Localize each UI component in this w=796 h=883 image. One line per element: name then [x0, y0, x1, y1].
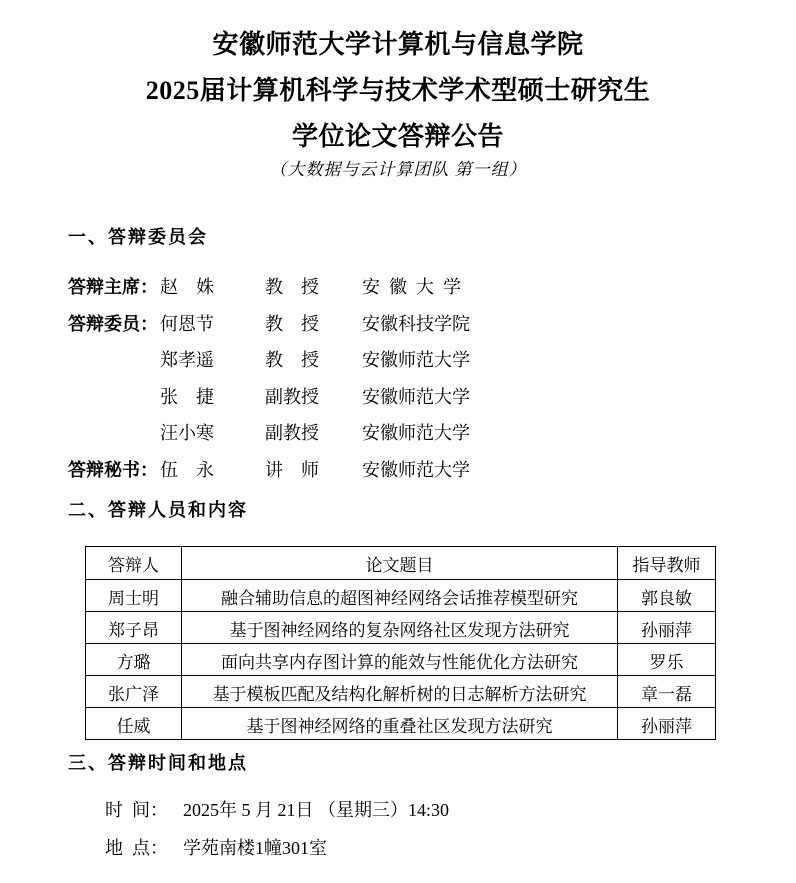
committee-member-name: 汪小寒 [160, 415, 265, 452]
team-group-subtitle: （大数据与云计算团队 第一组） [0, 160, 796, 180]
time-value: 2025年 5 月 21日 （星期三）14:30 [183, 800, 449, 820]
advisor-cell: 罗乐 [618, 644, 716, 676]
thesis-cell: 面向共享内存图计算的能效与性能优化方法研究 [182, 644, 618, 676]
defender-cell: 周士明 [86, 580, 182, 612]
committee-member-org: 安徽师范大学 [362, 342, 470, 379]
committee-member-name: 伍 永 [160, 452, 265, 489]
committee-row: 郑孝遥 教 授 安徽师范大学 [68, 342, 796, 379]
committee-role-label: 答辩委员： [68, 306, 160, 343]
thesis-cell: 基于图神经网络的复杂网络社区发现方法研究 [182, 612, 618, 644]
defense-time-line: 时 间：2025年 5 月 21日 （星期三）14:30 [105, 798, 796, 822]
committee-member-org: 安徽师范大学 [362, 415, 470, 452]
defense-table: 答辩人 论文题目 指导教师 周士明 融合辅助信息的超图神经网络会话推荐模型研究 … [85, 546, 716, 740]
thesis-cell: 基于图神经网络的重叠社区发现方法研究 [182, 708, 618, 740]
col-header-thesis: 论文题目 [182, 547, 618, 580]
committee-role-label: 答辩主席： [68, 269, 160, 306]
committee-list: 答辩主席： 赵 姝 教 授 安 徽 大 学 答辩委员： 何恩节 教 授 安徽科技… [68, 269, 796, 488]
advisor-cell: 孙丽萍 [618, 708, 716, 740]
committee-member-title: 副教授 [265, 415, 362, 452]
thesis-cell: 基于模板匹配及结构化解析树的日志解析方法研究 [182, 676, 618, 708]
announcement-document: 安徽师范大学计算机与信息学院 2025届计算机科学与技术学术型硕士研究生 学位论… [0, 0, 796, 883]
committee-role-label [68, 415, 160, 452]
advisor-cell: 孙丽萍 [618, 612, 716, 644]
defense-table-header: 答辩人 论文题目 指导教师 [86, 547, 716, 580]
thesis-cell: 融合辅助信息的超图神经网络会话推荐模型研究 [182, 580, 618, 612]
defender-cell: 方璐 [86, 644, 182, 676]
committee-row: 答辩秘书： 伍 永 讲 师 安徽师范大学 [68, 452, 796, 489]
committee-member-name: 赵 姝 [160, 269, 265, 306]
advisor-cell: 章一磊 [618, 676, 716, 708]
defender-cell: 任威 [86, 708, 182, 740]
title-line-3: 学位论文答辩公告 [0, 114, 796, 160]
defense-table-body: 周士明 融合辅助信息的超图神经网络会话推荐模型研究 郭良敏 郑子昂 基于图神经网… [86, 580, 716, 740]
title-line-1: 安徽师范大学计算机与信息学院 [0, 22, 796, 68]
committee-row: 答辩主席： 赵 姝 教 授 安 徽 大 学 [68, 269, 796, 306]
committee-member-org: 安徽师范大学 [362, 452, 470, 489]
committee-member-name: 张 捷 [160, 379, 265, 416]
header-row: 答辩人 论文题目 指导教师 [86, 547, 716, 580]
committee-member-name: 郑孝遥 [160, 342, 265, 379]
defender-cell: 张广泽 [86, 676, 182, 708]
title-line-2: 2025届计算机科学与技术学术型硕士研究生 [0, 68, 796, 114]
committee-member-title: 教 授 [265, 306, 362, 343]
committee-member-org: 安 徽 大 学 [362, 269, 461, 306]
committee-member-name: 何恩节 [160, 306, 265, 343]
table-row: 郑子昂 基于图神经网络的复杂网络社区发现方法研究 孙丽萍 [86, 612, 716, 644]
table-row: 任威 基于图神经网络的重叠社区发现方法研究 孙丽萍 [86, 708, 716, 740]
committee-row: 汪小寒 副教授 安徽师范大学 [68, 415, 796, 452]
committee-row: 答辩委员： 何恩节 教 授 安徽科技学院 [68, 306, 796, 343]
table-row: 周士明 融合辅助信息的超图神经网络会话推荐模型研究 郭良敏 [86, 580, 716, 612]
committee-member-title: 教 授 [265, 269, 362, 306]
col-header-defender: 答辩人 [86, 547, 182, 580]
col-header-advisor: 指导教师 [618, 547, 716, 580]
committee-row: 张 捷 副教授 安徽师范大学 [68, 379, 796, 416]
committee-role-label [68, 342, 160, 379]
place-label: 地 点： [105, 836, 183, 860]
defense-place-line: 地 点：学苑南楼1幢301室 [105, 836, 796, 860]
committee-role-label [68, 379, 160, 416]
place-value: 学苑南楼1幢301室 [183, 838, 327, 858]
table-row: 张广泽 基于模板匹配及结构化解析树的日志解析方法研究 章一磊 [86, 676, 716, 708]
section-heading-time-place: 三、答辩时间和地点 [68, 752, 796, 774]
time-label: 时 间： [105, 798, 183, 822]
section-heading-defenders: 二、答辩人员和内容 [68, 499, 796, 521]
table-row: 方璐 面向共享内存图计算的能效与性能优化方法研究 罗乐 [86, 644, 716, 676]
committee-member-org: 安徽师范大学 [362, 379, 470, 416]
title-block: 安徽师范大学计算机与信息学院 2025届计算机科学与技术学术型硕士研究生 学位论… [0, 0, 796, 160]
committee-member-org: 安徽科技学院 [362, 306, 470, 343]
advisor-cell: 郭良敏 [618, 580, 716, 612]
section-heading-committee: 一、答辩委员会 [68, 226, 796, 248]
defender-cell: 郑子昂 [86, 612, 182, 644]
committee-member-title: 教 授 [265, 342, 362, 379]
committee-member-title: 副教授 [265, 379, 362, 416]
committee-role-label: 答辩秘书： [68, 452, 160, 489]
committee-member-title: 讲 师 [265, 452, 362, 489]
